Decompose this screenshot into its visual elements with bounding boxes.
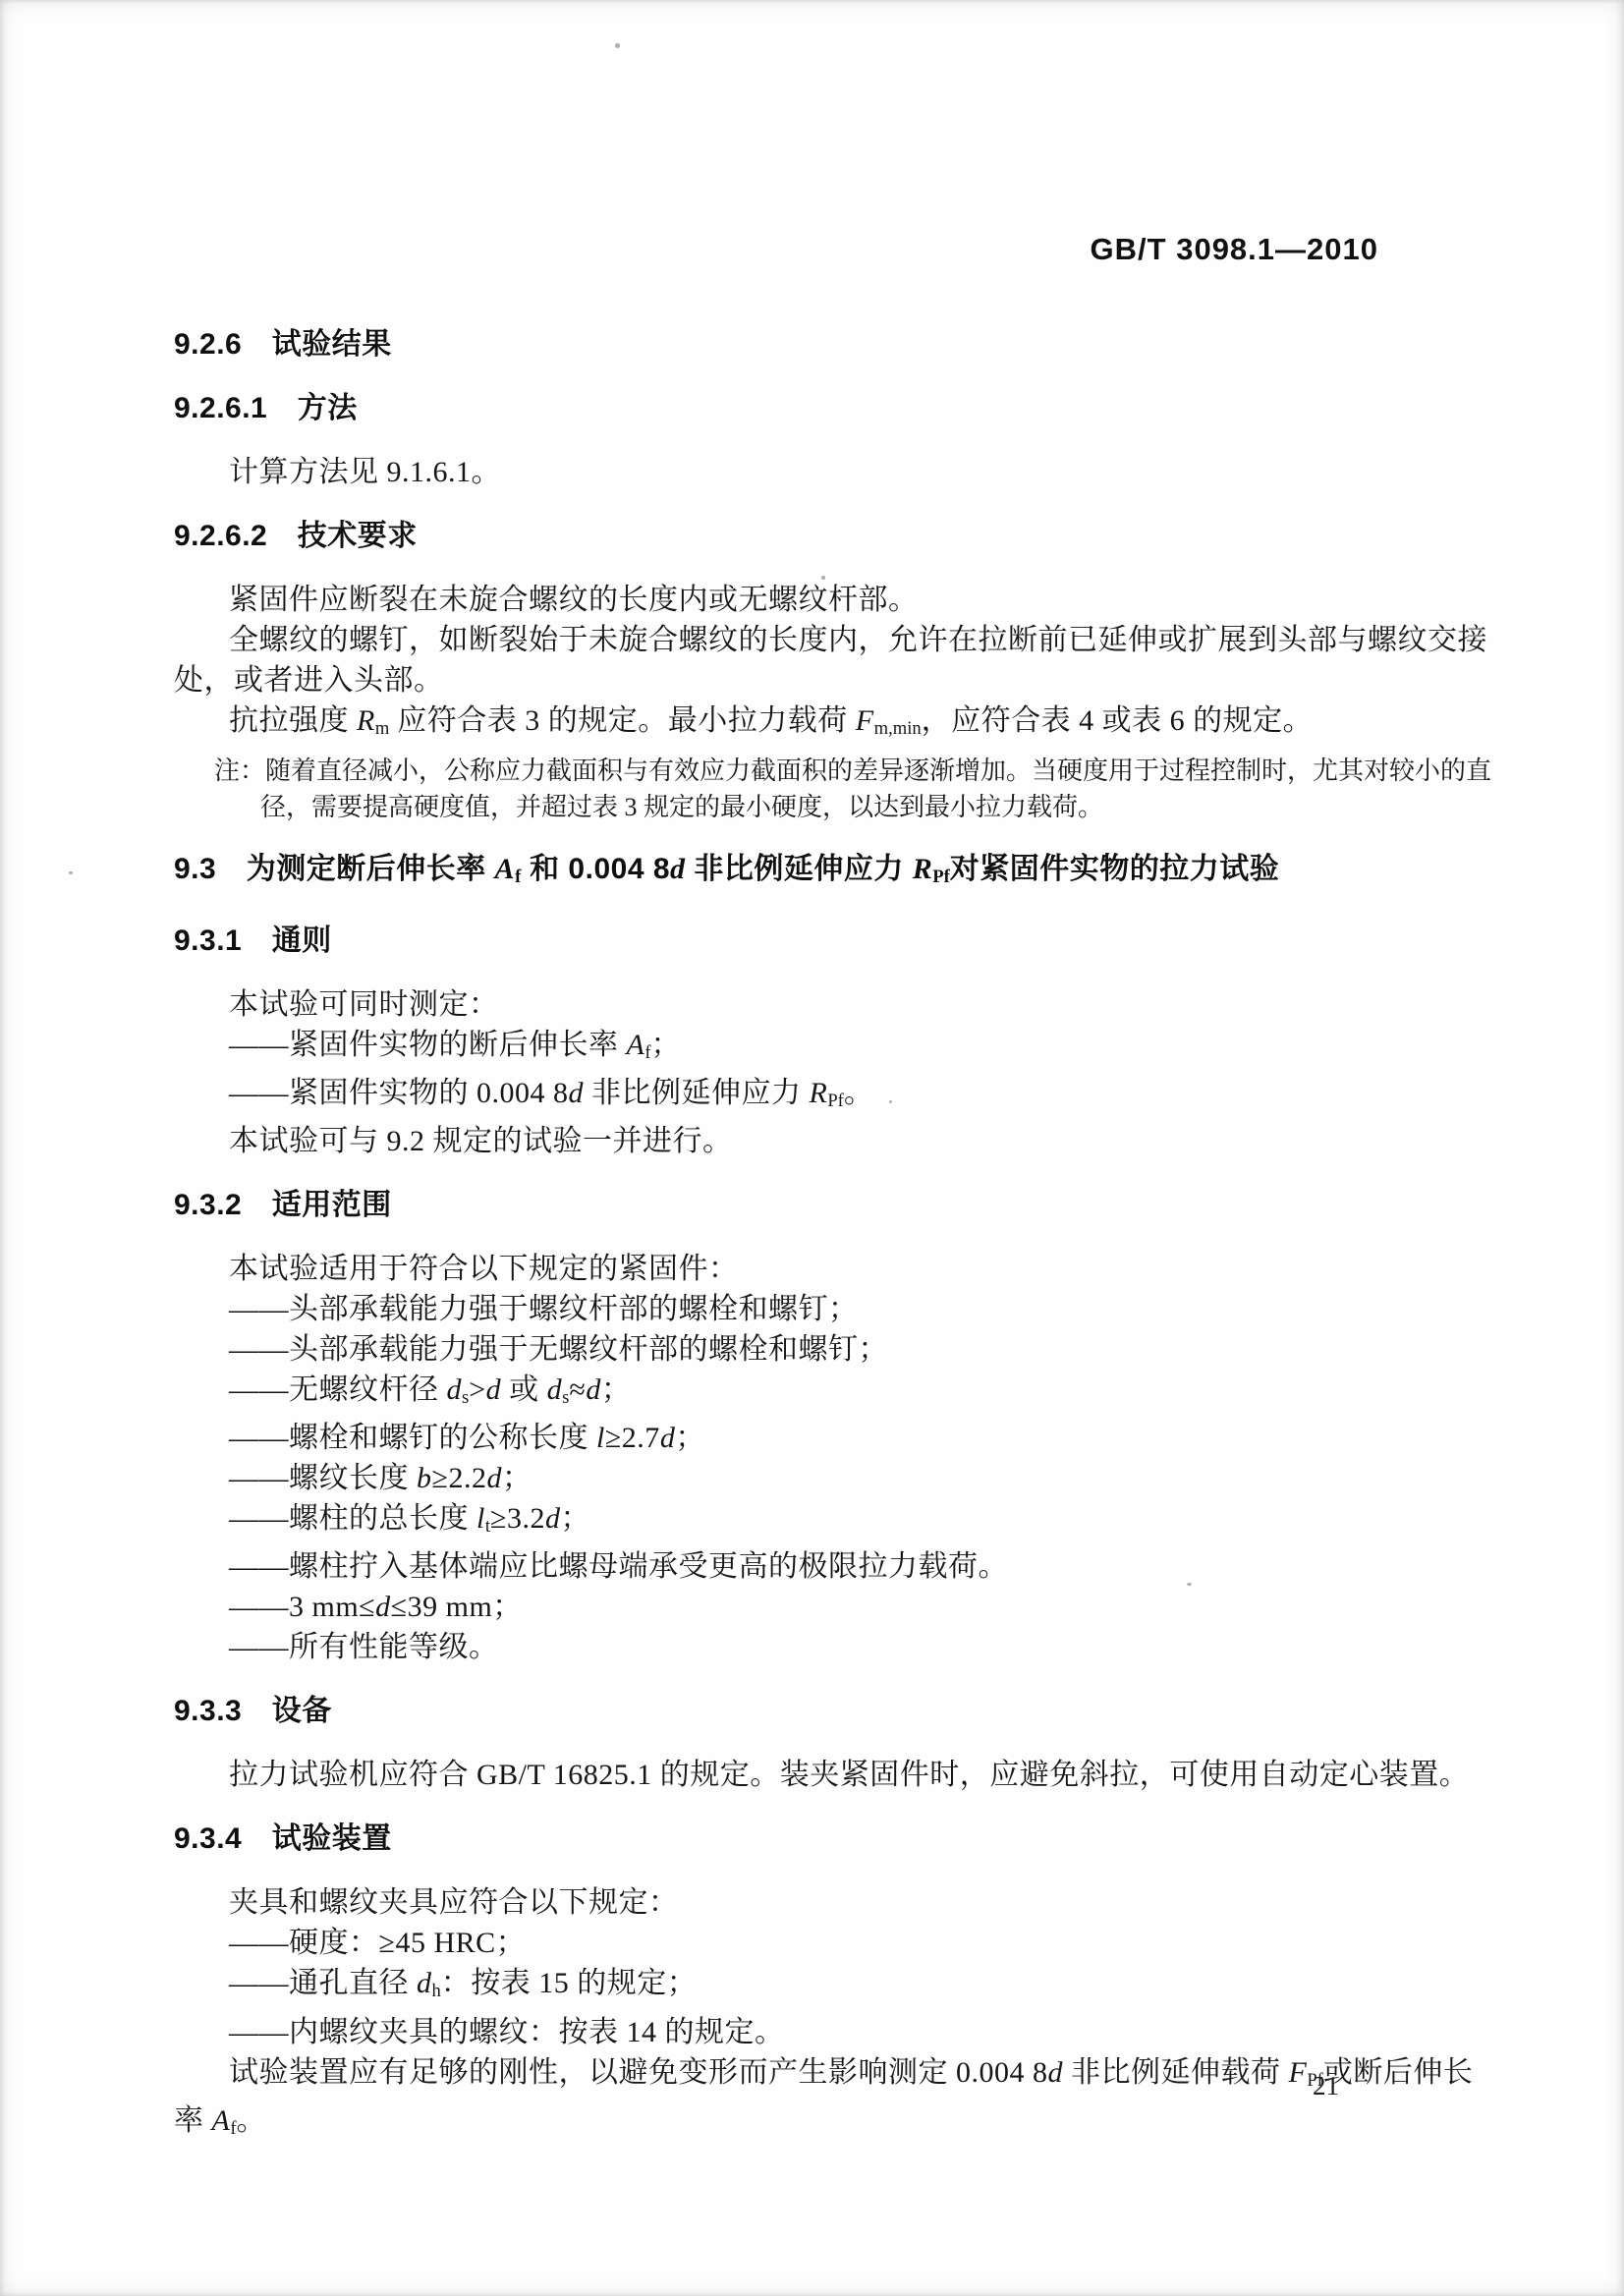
variable-run: l [476,1502,485,1535]
paragraph: 拉力试验机应符合 GB/T 16825.1 的规定。装夹紧固件时，应避免斜拉，可… [174,1755,1502,1795]
text-run: 非比例延伸载荷 [1063,2056,1289,2089]
text-run: 试验装置应有足够的刚性，以避免变形而产生影响测定 0.004 8 [229,2056,1048,2089]
text-run: 本试验可同时测定： [229,988,499,1021]
variable-run: d [375,1591,391,1623]
text-run: 抗拉强度 [229,704,357,737]
text-run: 9.3.1 通则 [174,924,332,957]
heading-9-3-4: 9.3.4 试验装置 [174,1819,1502,1859]
list-item: ——头部承载能力强于无螺纹杆部的螺栓和螺钉； [174,1329,1502,1370]
text-run: 9.3.3 设备 [174,1695,332,1727]
text-run: 注：随着直径减小，公称应力截面积与有效应力截面积的差异逐渐增加。当硬度用于过程控… [214,756,1491,821]
variable-run: d [569,1077,585,1109]
variable-run: A [212,2104,231,2137]
variable-run: d [486,1373,502,1406]
list-item: ——螺纹长度 b≥2.2d； [174,1458,1502,1498]
variable-run: A [495,853,516,885]
list-item: ——通孔直径 dh：按表 15 的规定； [174,1963,1502,2011]
paragraph: 夹具和螺纹夹具应符合以下规定： [174,1882,1502,1923]
subscript-run: h [432,1982,441,2002]
heading-9-3-3: 9.3.3 设备 [174,1691,1502,1731]
text-run: 紧固件应断裂在未旋合螺纹的长度内或无螺纹杆部。 [229,584,919,616]
text-run: ：按表 15 的规定； [441,1967,698,1999]
text-run: ——紧固件实物的 0.004 8 [229,1077,569,1109]
text-run: ； [601,1373,632,1406]
variable-run: d [660,1422,676,1454]
text-run: 夹具和螺纹夹具应符合以下规定： [229,1886,679,1919]
text-run: 9.3.2 适用范围 [174,1189,392,1221]
list-item: ——螺柱拧入基体端应比螺母端承受更高的极限拉力载荷。 [174,1546,1502,1587]
subscript-run: Pf [932,867,950,887]
variable-run: R [913,853,933,885]
variable-run: R [810,1077,828,1109]
list-item: ——内螺纹夹具的螺纹：按表 14 的规定。 [174,2012,1502,2052]
text-run: ——头部承载能力强于无螺纹杆部的螺栓和螺钉； [229,1333,888,1366]
scan-speck [69,871,73,874]
heading-9-2-6-2: 9.2.6.2 技术要求 [174,516,1502,556]
subscript-run: m,min [874,718,922,739]
text-run: 和 0.004 8 [521,853,670,885]
text-run: ，应符合表 4 或表 6 的规定。 [922,704,1314,737]
subscript-run: Pf [827,1091,844,1111]
variable-run: l [596,1422,605,1454]
text-run: 9.2.6.1 方法 [174,392,358,424]
paragraph: 本试验适用于符合以下规定的紧固件： [174,1249,1502,1289]
text-run: 9.2.6 试验结果 [174,328,392,361]
scan-speck [615,43,620,48]
variable-run: R [357,704,375,737]
text-run: ； [675,1422,705,1454]
text-run: ——紧固件实物的断后伸长率 [229,1029,627,1061]
variable-run: d [545,1502,561,1535]
variable-run: d [547,1373,563,1406]
text-run: ——内螺纹夹具的螺纹：按表 14 的规定。 [229,2016,785,2048]
text-run: 9.3.4 试验装置 [174,1822,392,1855]
variable-run: F [1289,2056,1308,2089]
variable-run: F [856,704,874,737]
document-body: 9.2.6 试验结果9.2.6.1 方法计算方法见 9.1.6.1。9.2.6.… [174,0,1502,2149]
text-run: ； [651,1029,682,1061]
heading-9-3-1: 9.3.1 通则 [174,921,1502,961]
text-run: ——硬度：≥45 HRC； [229,1927,526,1959]
scan-speck [819,771,822,774]
paragraph: 本试验可同时测定： [174,984,1502,1025]
list-item: ——紧固件实物的断后伸长率 Af； [174,1025,1502,1073]
text-run: 非比例延伸应力 [686,853,913,885]
page-number: 21 [1313,2071,1339,2101]
document-page: GB/T 3098.1—2010 9.2.6 试验结果9.2.6.1 方法计算方… [0,0,1624,2296]
text-run: ——螺纹长度 [229,1462,417,1494]
heading-9-3: 9.3 为测定断后伸长率 Af 和 0.004 8d 非比例延伸应力 RPf对紧… [174,849,1502,897]
text-run: ≥3.2 [490,1502,545,1535]
heading-9-2-6: 9.2.6 试验结果 [174,324,1502,364]
note: 注：随着直径减小，公称应力截面积与有效应力截面积的差异逐渐增加。当硬度用于过程控… [174,753,1502,825]
text-run: > [469,1373,485,1406]
list-item: ——螺柱的总长度 lt≥3.2d； [174,1498,1502,1546]
paragraph: 抗拉强度 Rm 应符合表 3 的规定。最小拉力载荷 Fm,min，应符合表 4 … [174,700,1502,749]
text-run: 本试验可与 9.2 规定的试验一并进行。 [229,1125,733,1157]
text-run: ≤39 mm； [391,1591,523,1623]
text-run: ——3 mm≤ [229,1591,375,1623]
paragraph: 计算方法见 9.1.6.1。 [174,452,1502,492]
scan-speck [821,576,825,580]
variable-run: d [670,853,686,885]
document-header: GB/T 3098.1—2010 [1091,232,1378,267]
variable-run: d [586,1373,601,1406]
variable-run: d [486,1462,502,1494]
scan-speck [1187,1583,1192,1586]
list-item: ——硬度：≥45 HRC； [174,1923,1502,1963]
variable-run: d [417,1967,432,1999]
text-run: 。 [237,2104,267,2137]
text-run: ≈ [569,1373,586,1406]
text-run: ——头部承载能力强于螺纹杆部的螺栓和螺钉； [229,1293,859,1325]
text-run: ≥2.7 [605,1422,660,1454]
paragraph: 全螺纹的螺钉，如断裂始于未旋合螺纹的长度内，允许在拉断前已延伸或扩展到头部与螺纹… [174,620,1502,700]
text-run: 9.3 为测定断后伸长率 [174,853,495,885]
variable-run: b [417,1462,432,1494]
text-run: 。 [844,1077,874,1109]
text-run: ； [502,1462,532,1494]
paragraph: 本试验可与 9.2 规定的试验一并进行。 [174,1121,1502,1161]
subscript-run: m [375,718,389,739]
list-item: ——头部承载能力强于螺纹杆部的螺栓和螺钉； [174,1289,1502,1329]
text-run: ； [560,1502,590,1535]
text-run: ——所有性能等级。 [229,1631,499,1663]
text-run: 或 [501,1373,547,1406]
variable-run: d [1048,2056,1064,2089]
text-run: 9.2.6.2 技术要求 [174,520,418,552]
variable-run: d [447,1373,463,1406]
list-item: ——所有性能等级。 [174,1627,1502,1667]
text-run: 拉力试验机应符合 GB/T 16825.1 的规定。装夹紧固件时，应避免斜拉，可… [229,1759,1469,1791]
paragraph: 试验装置应有足够的刚性，以避免变形而产生影响测定 0.004 8d 非比例延伸载… [174,2052,1502,2149]
text-run: ——通孔直径 [229,1967,417,1999]
list-item: ——无螺纹杆径 ds>d 或 ds≈d； [174,1370,1502,1418]
text-run: ≥2.2 [432,1462,487,1494]
text-run: 全螺纹的螺钉，如断裂始于未旋合螺纹的长度内，允许在拉断前已延伸或扩展到头部与螺纹… [174,624,1487,697]
variable-run: A [627,1029,645,1061]
text-run: 本试验适用于符合以下规定的紧固件： [229,1253,739,1285]
text-run: 应符合表 3 的规定。最小拉力载荷 [389,704,856,737]
list-item: ——螺栓和螺钉的公称长度 l≥2.7d； [174,1418,1502,1458]
paragraph: 紧固件应断裂在未旋合螺纹的长度内或无螺纹杆部。 [174,580,1502,620]
text-run: ——无螺纹杆径 [229,1373,447,1406]
scan-speck [889,1100,892,1103]
text-run: ——螺柱的总长度 [229,1502,476,1535]
heading-9-2-6-1: 9.2.6.1 方法 [174,388,1502,428]
text-run: 非比例延伸应力 [584,1077,810,1109]
text-run: ——螺栓和螺钉的公称长度 [229,1422,596,1454]
text-run: 计算方法见 9.1.6.1。 [229,456,501,488]
standard-number: GB/T 3098.1—2010 [1091,232,1378,266]
list-item: ——3 mm≤d≤39 mm； [174,1587,1502,1627]
heading-9-3-2: 9.3.2 适用范围 [174,1185,1502,1225]
text-run: 对紧固件实物的拉力试验 [950,853,1280,885]
text-run: ——螺柱拧入基体端应比螺母端承受更高的极限拉力载荷。 [229,1550,1008,1583]
list-item: ——紧固件实物的 0.004 8d 非比例延伸应力 RPf。 [174,1073,1502,1121]
